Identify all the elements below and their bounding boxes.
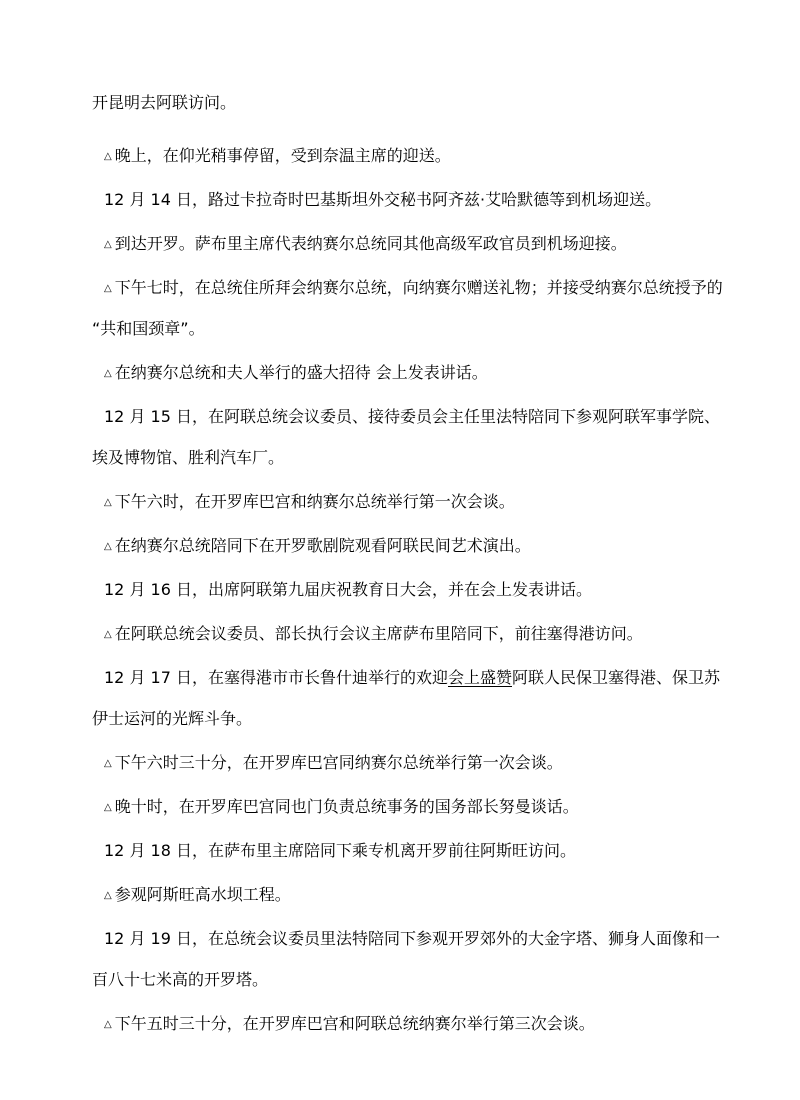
paragraph: △晚十时，在开罗库巴宫同也门负责总统事务的国务部长努曼谈话。 bbox=[92, 786, 732, 827]
text-line: △下午七时，在总统住所拜会纳赛尔总统，向纳赛尔赠送礼物；并接受纳赛尔总统授予的 bbox=[92, 267, 732, 308]
text-run: 下午五时三十分，在开罗库巴宫和阿联总统纳赛尔举行第三次会谈。 bbox=[115, 1014, 595, 1033]
text-run: 12 月 18 日，在萨布里主席陪同下乘专机离开罗前往阿斯旺访问。 bbox=[104, 841, 576, 860]
text-line: 埃及博物馆、胜利汽车厂。 bbox=[92, 437, 732, 478]
text-run: 在纳赛尔总统陪同下在开罗歌剧院观看阿联民间艺术演出。 bbox=[115, 536, 531, 555]
text-run: 到达开罗。萨布里主席代表纳赛尔总统同其他高级军政官员到机场迎接。 bbox=[115, 234, 627, 253]
text-line: △参观阿斯旺高水坝工程。 bbox=[92, 874, 732, 915]
text-line: △下午五时三十分，在开罗库巴宫和阿联总统纳赛尔举行第三次会谈。 bbox=[92, 1003, 732, 1044]
text-line: 12 月 15 日，在阿联总统会议委员、接待委员会主任里法特陪同下参观阿联军事学… bbox=[92, 396, 732, 437]
triangle-bullet-icon: △ bbox=[104, 268, 112, 309]
paragraph: △下午五时三十分，在开罗库巴宫和阿联总统纳赛尔举行第三次会谈。 bbox=[92, 1003, 732, 1044]
text-line: △在阿联总统会议委员、部长执行会议主席萨布里陪同下，前往塞得港访问。 bbox=[92, 613, 732, 654]
triangle-bullet-icon: △ bbox=[104, 482, 112, 523]
text-run: 在纳赛尔总统和夫人举行的盛大招待 会上发表讲话。 bbox=[115, 363, 488, 382]
text-run: 12 月 14 日，路过卡拉奇时巴基斯坦外交秘书阿齐兹·艾哈默德等到机场迎送。 bbox=[104, 190, 661, 209]
text-run: 埃及博物馆、胜利汽车厂。 bbox=[92, 448, 284, 467]
paragraph: △下午六时三十分，在开罗库巴宫同纳赛尔总统举行第一次会谈。 bbox=[92, 742, 732, 783]
text-line: “共和国颈章”。 bbox=[92, 308, 732, 349]
document-body: 开昆明去阿联访问。△晚上，在仰光稍事停留，受到奈温主席的迎送。12 月 14 日… bbox=[92, 82, 732, 1047]
triangle-bullet-icon: △ bbox=[104, 875, 112, 916]
paragraph: △在纳赛尔总统和夫人举行的盛大招待 会上发表讲话。 bbox=[92, 352, 732, 393]
text-line: △下午六时，在开罗库巴宫和纳赛尔总统举行第一次会谈。 bbox=[92, 481, 732, 522]
triangle-bullet-icon: △ bbox=[104, 1004, 112, 1045]
paragraph: 12 月 18 日，在萨布里主席陪同下乘专机离开罗前往阿斯旺访问。 bbox=[92, 830, 732, 871]
paragraph: △在阿联总统会议委员、部长执行会议主席萨布里陪同下，前往塞得港访问。 bbox=[92, 613, 732, 654]
text-run: 伊士运河的光辉斗争。 bbox=[92, 709, 252, 728]
text-run: 下午六时，在开罗库巴宫和纳赛尔总统举行第一次会谈。 bbox=[115, 492, 515, 511]
text-line: △晚上，在仰光稍事停留，受到奈温主席的迎送。 bbox=[92, 135, 732, 176]
text-line: 12 月 17 日，在塞得港市市长鲁什迪举行的欢迎会上盛赞阿联人民保卫塞得港、保… bbox=[92, 657, 732, 698]
paragraph: △下午六时，在开罗库巴宫和纳赛尔总统举行第一次会谈。 bbox=[92, 481, 732, 522]
text-line: △在纳赛尔总统陪同下在开罗歌剧院观看阿联民间艺术演出。 bbox=[92, 525, 732, 566]
paragraph: 12 月 15 日，在阿联总统会议委员、接待委员会主任里法特陪同下参观阿联军事学… bbox=[92, 396, 732, 478]
text-run: 12 月 17 日，在塞得港市市长鲁什迪举行的欢迎 bbox=[104, 668, 448, 687]
text-line: 开昆明去阿联访问。 bbox=[92, 82, 732, 123]
text-run: 12 月 15 日，在阿联总统会议委员、接待委员会主任里法特陪同下参观阿联军事学… bbox=[104, 407, 720, 426]
text-run: 下午七时，在总统住所拜会纳赛尔总统，向纳赛尔赠送礼物；并接受纳赛尔总统授予的 bbox=[115, 278, 723, 297]
text-line: 12 月 14 日，路过卡拉奇时巴基斯坦外交秘书阿齐兹·艾哈默德等到机场迎送。 bbox=[92, 179, 732, 220]
text-line: △到达开罗。萨布里主席代表纳赛尔总统同其他高级军政官员到机场迎接。 bbox=[92, 223, 732, 264]
triangle-bullet-icon: △ bbox=[104, 526, 112, 567]
text-line: 12 月 19 日，在总统会议委员里法特陪同下参观开罗郊外的大金字塔、狮身人面像… bbox=[92, 918, 732, 959]
text-line: 12 月 18 日，在萨布里主席陪同下乘专机离开罗前往阿斯旺访问。 bbox=[92, 830, 732, 871]
triangle-bullet-icon: △ bbox=[104, 614, 112, 655]
paragraph: △到达开罗。萨布里主席代表纳赛尔总统同其他高级军政官员到机场迎接。 bbox=[92, 223, 732, 264]
paragraph: 12 月 16 日，出席阿联第九届庆祝教育日大会，并在会上发表讲话。 bbox=[92, 569, 732, 610]
paragraph: △晚上，在仰光稍事停留，受到奈温主席的迎送。 bbox=[92, 135, 732, 176]
text-run: 晚十时，在开罗库巴宫同也门负责总统事务的国务部长努曼谈话。 bbox=[115, 797, 579, 816]
text-run: 阿联人民保卫塞得港、保卫苏 bbox=[512, 668, 720, 687]
document-page: 开昆明去阿联访问。△晚上，在仰光稍事停留，受到奈温主席的迎送。12 月 14 日… bbox=[0, 0, 800, 1100]
text-run: 下午六时三十分，在开罗库巴宫同纳赛尔总统举行第一次会谈。 bbox=[115, 753, 563, 772]
triangle-bullet-icon: △ bbox=[104, 224, 112, 265]
paragraph: 开昆明去阿联访问。 bbox=[92, 82, 732, 123]
paragraph: △参观阿斯旺高水坝工程。 bbox=[92, 874, 732, 915]
text-run: 晚上，在仰光稍事停留，受到奈温主席的迎送。 bbox=[115, 146, 451, 165]
paragraph: △在纳赛尔总统陪同下在开罗歌剧院观看阿联民间艺术演出。 bbox=[92, 525, 732, 566]
text-run: 百八十七米高的开罗塔。 bbox=[92, 970, 268, 989]
text-line: 12 月 16 日，出席阿联第九届庆祝教育日大会，并在会上发表讲话。 bbox=[92, 569, 732, 610]
text-line: △晚十时，在开罗库巴宫同也门负责总统事务的国务部长努曼谈话。 bbox=[92, 786, 732, 827]
text-line: 百八十七米高的开罗塔。 bbox=[92, 959, 732, 1000]
text-line: △在纳赛尔总统和夫人举行的盛大招待 会上发表讲话。 bbox=[92, 352, 732, 393]
triangle-bullet-icon: △ bbox=[104, 136, 112, 177]
text-run: 开昆明去阿联访问。 bbox=[92, 93, 236, 112]
triangle-bullet-icon: △ bbox=[104, 787, 112, 828]
text-line: △下午六时三十分，在开罗库巴宫同纳赛尔总统举行第一次会谈。 bbox=[92, 742, 732, 783]
paragraph: 12 月 17 日，在塞得港市市长鲁什迪举行的欢迎会上盛赞阿联人民保卫塞得港、保… bbox=[92, 657, 732, 739]
text-line: 伊士运河的光辉斗争。 bbox=[92, 698, 732, 739]
text-run: 12 月 16 日，出席阿联第九届庆祝教育日大会，并在会上发表讲话。 bbox=[104, 580, 592, 599]
paragraph: 12 月 14 日，路过卡拉奇时巴基斯坦外交秘书阿齐兹·艾哈默德等到机场迎送。 bbox=[92, 179, 732, 220]
text-run: “共和国颈章”。 bbox=[92, 319, 205, 338]
triangle-bullet-icon: △ bbox=[104, 743, 112, 784]
underlined-text-run: 会上盛赞 bbox=[448, 668, 512, 687]
text-run: 在阿联总统会议委员、部长执行会议主席萨布里陪同下，前往塞得港访问。 bbox=[115, 624, 643, 643]
text-run: 参观阿斯旺高水坝工程。 bbox=[115, 885, 291, 904]
text-run: 12 月 19 日，在总统会议委员里法特陪同下参观开罗郊外的大金字塔、狮身人面像… bbox=[104, 929, 720, 948]
paragraph: △下午七时，在总统住所拜会纳赛尔总统，向纳赛尔赠送礼物；并接受纳赛尔总统授予的“… bbox=[92, 267, 732, 349]
triangle-bullet-icon: △ bbox=[104, 353, 112, 394]
paragraph: 12 月 19 日，在总统会议委员里法特陪同下参观开罗郊外的大金字塔、狮身人面像… bbox=[92, 918, 732, 1000]
